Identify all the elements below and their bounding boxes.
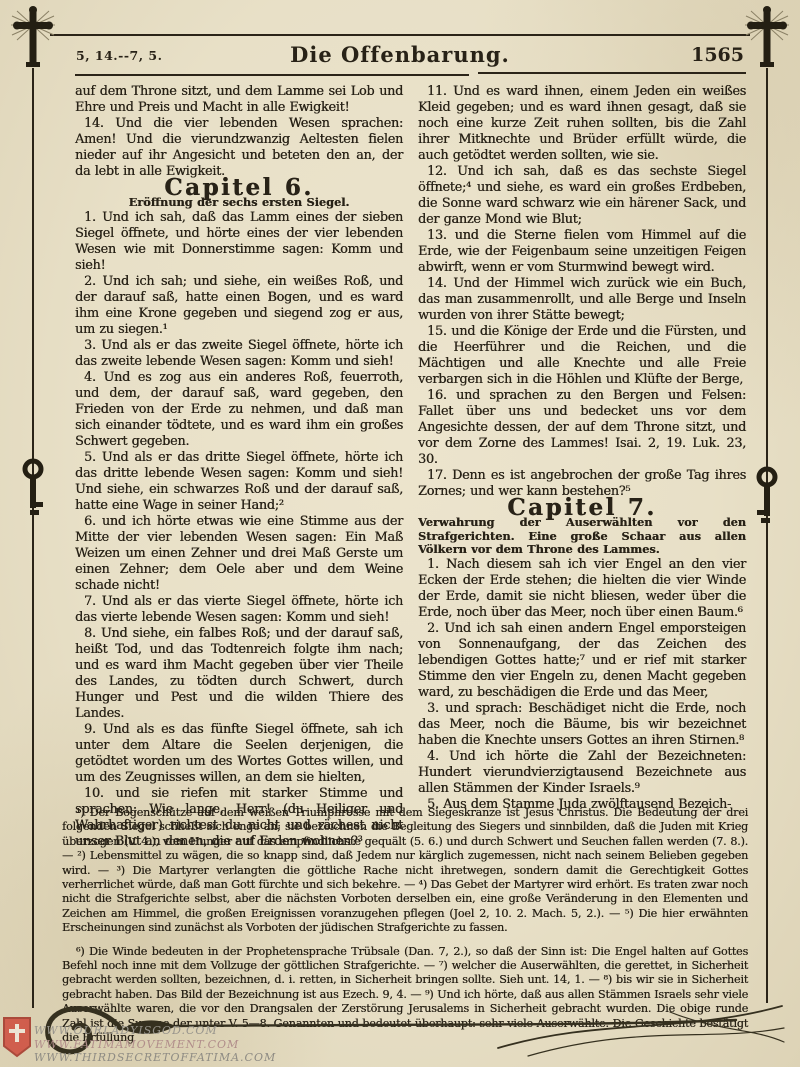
book-page: 5, 14.--7, 5. Die Offenbarung. 1565 auf … xyxy=(0,0,800,1067)
verse-paragraph: 12. Und ich sah, daß es das sechste Sieg… xyxy=(418,164,746,228)
verse-paragraph: 4. Und es zog aus ein anderes Roß, feuer… xyxy=(75,370,403,450)
chapter-6-heading: Capitel 6. xyxy=(75,180,403,196)
verse-paragraph: 2. Und ich sah; und siehe, ein weißes Ro… xyxy=(75,274,403,338)
verse-paragraph: 3. Und als er das zweite Siegel öffnete,… xyxy=(75,338,403,370)
verse-paragraph: 3. und sprach: Beschädiget nicht die Erd… xyxy=(418,701,746,749)
key-icon xyxy=(755,466,779,528)
verse-paragraph: 1. Und ich sah, daß das Lamm eines der s… xyxy=(75,210,403,274)
verse-paragraph: 4. Und ich hörte die Zahl der Bezeichnet… xyxy=(418,749,746,797)
verse-paragraph: 11. Und es ward ihnen, einem Jeden ein w… xyxy=(418,84,746,164)
watermark-line: WWW.THIRDSECRETOFFATIMA.COM xyxy=(34,1051,276,1065)
header-rule-right xyxy=(478,72,746,74)
verse-paragraph: 14. Und die vier lebenden Wesen sprachen… xyxy=(75,116,403,180)
verse-paragraph: 14. Und der Himmel wich zurück wie ein B… xyxy=(418,276,746,324)
watermark-line: WWW.OURLADYISGOD.COM xyxy=(34,1024,276,1038)
verse-paragraph: 15. und die Könige der Erde und die Fürs… xyxy=(418,324,746,388)
red-shield-stamp-icon xyxy=(2,1016,32,1058)
chapter-6-subtitle: Eröffnung der sechs ersten Siegel. xyxy=(75,196,403,210)
chapter-7-subtitle: Verwahrung der Auserwählten vor den Stra… xyxy=(418,516,746,557)
page-number: 1565 xyxy=(691,44,744,66)
verse-paragraph: 7. Und als er das vierte Siegel öffnete,… xyxy=(75,594,403,626)
watermark-block: WWW.OURLADYISGOD.COM WWW.FATIMAMOVEMENT.… xyxy=(34,1024,276,1065)
verse-paragraph: 5. Und als er das dritte Siegel öffnete,… xyxy=(75,450,403,514)
verse-paragraph: 6. und ich hörte etwas wie eine Stimme a… xyxy=(75,514,403,594)
verse-paragraph: auf dem Throne sitzt, und dem Lamme sei … xyxy=(75,84,403,116)
left-border-rule xyxy=(32,68,34,1008)
right-text-column: 11. Und es ward ihnen, einem Jeden ein w… xyxy=(418,84,746,813)
top-border-rule xyxy=(50,34,750,36)
watermark-line: WWW.FATIMAMOVEMENT.COM xyxy=(34,1038,276,1052)
right-border-rule xyxy=(766,68,768,1003)
verse-paragraph: 13. und die Sterne fielen vom Himmel auf… xyxy=(418,228,746,276)
left-text-column: auf dem Throne sitzt, und dem Lamme sei … xyxy=(75,84,403,850)
key-icon xyxy=(21,458,45,520)
footnote-paragraph: ¹) Der Bogenschütze auf dem weißen Trium… xyxy=(62,806,748,936)
verse-paragraph: 2. Und ich sah einen andern Engel empors… xyxy=(418,621,746,701)
page-title: Die Offenbarung. xyxy=(0,42,800,67)
verse-paragraph: 9. Und als es das fünfte Siegel öffnete,… xyxy=(75,722,403,786)
verse-paragraph: 8. Und siehe, ein falbes Roß; und der da… xyxy=(75,626,403,722)
chapter-7-heading: Capitel 7. xyxy=(418,500,746,516)
header-rule-left xyxy=(75,74,469,76)
verse-paragraph: 16. und sprachen zu den Bergen und Felse… xyxy=(418,388,746,468)
verse-paragraph: 1. Nach diesem sah ich vier Engel an den… xyxy=(418,557,746,621)
